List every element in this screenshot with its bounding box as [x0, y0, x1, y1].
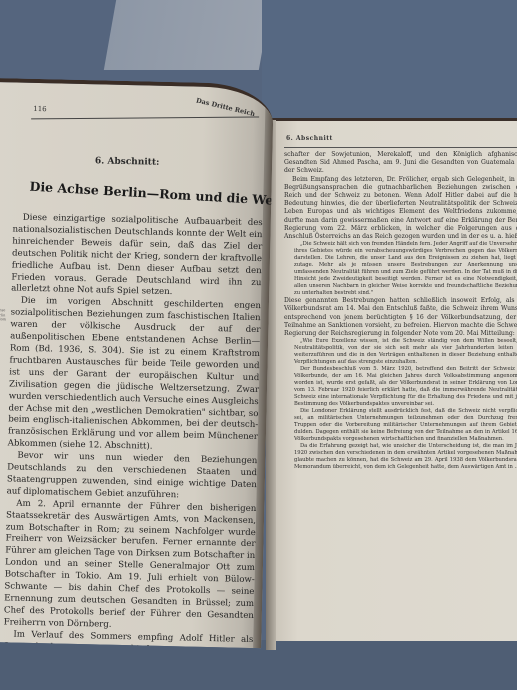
- chapter-title: Die Achse Berlin—Rom und die Weltkrise: [29, 179, 269, 208]
- block-quote: „Die Schweiz hält sich von fremden Hände…: [294, 241, 517, 297]
- paragraph: Die im vorigen Abschnitt geschilderten e…: [8, 296, 261, 456]
- paragraph: Beim Empfang des letzteren, Dr. Fröliche…: [284, 176, 517, 242]
- block-quote: Da die Erfahrung gezeigt hat, wie unsich…: [294, 443, 517, 471]
- paragraph: Am 2. April ernannte der Führer den bish…: [3, 498, 256, 635]
- header-rule: [31, 116, 259, 119]
- right-page: 6. Abschnitt schafter der Sowjetunion, M…: [272, 118, 517, 641]
- right-running-head: 6. Abschnitt: [286, 135, 333, 142]
- left-page: 116 Das Dritte Reich 6. Abschnitt: Die A…: [0, 78, 274, 648]
- page-number: 116: [33, 105, 47, 113]
- header-rule: [284, 147, 517, 148]
- paragraph: schafter der Sowjetunion, Merekaloff, un…: [284, 151, 517, 176]
- block-quote: Die Londoner Erklärung stellt ausdrückli…: [294, 408, 517, 443]
- background-light-patch: [104, 0, 271, 70]
- margin-note: Achse Berlin—Rom: [0, 308, 9, 322]
- right-page-body: schafter der Sowjetunion, Merekaloff, un…: [284, 151, 517, 471]
- paragraph: Diese einzigartige sozialpolitische Aufb…: [11, 212, 263, 301]
- block-quote: „Wie Eure Exzellenz wissen, ist die Schw…: [294, 338, 517, 366]
- block-quote: Der Bundesbeschluß vom 5. März 1920, bet…: [294, 366, 517, 408]
- left-running-head: Das Dritte Reich: [195, 96, 256, 118]
- left-page-body: Diese einzigartige sozialpolitische Aufb…: [2, 212, 262, 648]
- background-cloth: [262, 0, 517, 125]
- chapter-label: 6. Abschnitt:: [0, 154, 262, 170]
- paragraph: Bevor wir uns nun wieder den Beziehungen…: [6, 451, 257, 504]
- paragraph: Diese genannten Bestrebungen hatten schl…: [284, 297, 517, 338]
